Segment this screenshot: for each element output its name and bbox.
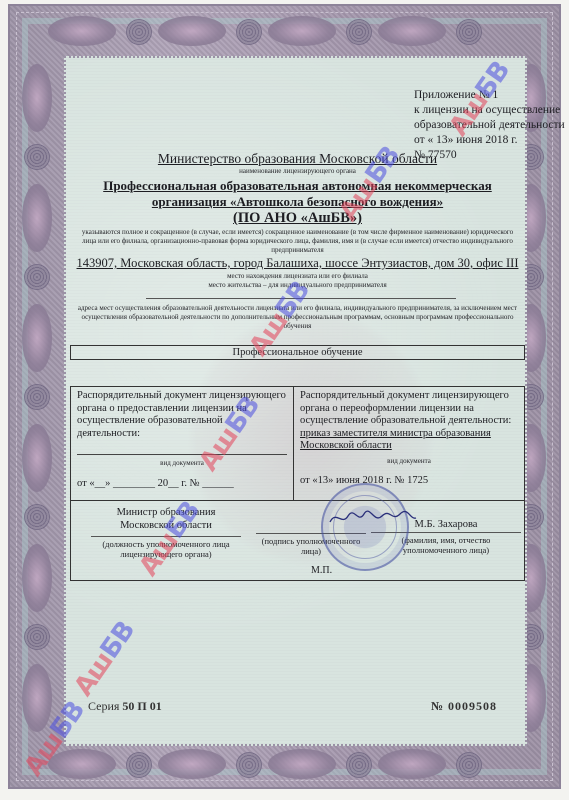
form-series: Серия 50 П 01 (88, 699, 162, 714)
ornament-icon (158, 749, 226, 779)
activity-places-caption: адреса мест осуществления образовательно… (66, 304, 529, 331)
ornament-icon (48, 749, 116, 779)
licensee-caption: указываются полное и сокращенное (в случ… (66, 228, 529, 255)
ornament-icon (22, 304, 52, 372)
document-body: Приложение № 1 к лицензии на осуществлен… (64, 56, 527, 746)
ornament-icon (268, 16, 336, 46)
rosette-icon (456, 19, 482, 45)
licensee-name-line: организация «Автошкола безопасного вожде… (66, 194, 529, 210)
grant-document-cell: Распорядительный документ лицензирующего… (71, 387, 294, 500)
rosette-icon (126, 752, 152, 778)
grant-document-title: Распорядительный документ лицензирующего… (77, 390, 287, 440)
program-field: Профессиональное обучение (70, 345, 525, 360)
form-number: № 0009508 (431, 699, 497, 714)
ornament-icon (22, 64, 52, 132)
licensee-name-line: Профессиональная образовательная автоном… (66, 178, 529, 194)
document-kind-caption: вид документа (77, 457, 287, 470)
licensee-address: 143907, Московская область, город Балаши… (66, 256, 529, 271)
appendix-number: Приложение № 1 (414, 88, 569, 103)
reissue-document-title: Распорядительный документ лицензирующего… (300, 390, 518, 428)
licensing-body-caption: наименование лицензирующего органа (66, 167, 529, 176)
reissue-document-kind: приказ заместителя министра образования … (300, 428, 518, 453)
rosette-icon (346, 19, 372, 45)
rosette-icon (24, 624, 50, 650)
license-date: от « 13» июня 2018 г. (414, 133, 569, 148)
rosette-icon (126, 19, 152, 45)
address-caption: место нахождения лицензиата или его фили… (66, 272, 529, 290)
signature-block: Министр образования Московской области (… (70, 501, 525, 581)
grant-document-kind (77, 442, 287, 455)
address-caption-line: место жительства – для индивидуального п… (66, 281, 529, 290)
ornament-icon (48, 16, 116, 46)
signatory-position: Министр образования Московской области (… (91, 507, 241, 559)
series-label: Серия (88, 699, 119, 713)
rosette-icon (24, 144, 50, 170)
rosette-icon (456, 752, 482, 778)
licensee-short-name: (ПО АНО «АшБВ») (66, 210, 529, 226)
grant-document-date: от «__» ________ 20__ г. № ______ (77, 478, 287, 491)
ornament-icon (158, 16, 226, 46)
handwritten-signature-icon (328, 508, 418, 528)
divider (91, 536, 241, 537)
document-kind-caption: вид документа (300, 455, 518, 468)
activity-places-blank (146, 298, 456, 299)
rosette-icon (24, 504, 50, 530)
licensee-name: Профессиональная образовательная автоном… (66, 178, 529, 226)
rosette-icon (24, 384, 50, 410)
series-value: 50 П 01 (122, 699, 161, 713)
signatory-position-caption: (должность уполномоченного лица лицензир… (91, 539, 241, 559)
rosette-icon (24, 264, 50, 290)
reissue-document-cell: Распорядительный документ лицензирующего… (294, 387, 524, 500)
rosette-icon (236, 19, 262, 45)
signatory-position-value: Министр образования Московской области (91, 507, 241, 532)
ornament-icon (22, 184, 52, 252)
rosette-icon (346, 752, 372, 778)
ornament-icon (378, 749, 446, 779)
ornament-icon (22, 544, 52, 612)
ornament-icon (378, 16, 446, 46)
ornament-icon (268, 749, 336, 779)
licensing-body: Министерство образования Московской обла… (66, 151, 529, 167)
ornament-icon (22, 664, 52, 732)
stamp-place-label: М.П. (311, 565, 332, 576)
administrative-documents-table: Распорядительный документ лицензирующего… (70, 386, 525, 501)
license-appendix-sheet: Приложение № 1 к лицензии на осуществлен… (8, 4, 561, 789)
appendix-line: к лицензии на осуществление (414, 103, 569, 118)
ornament-icon (22, 424, 52, 492)
reissue-document-date: от «13» июня 2018 г. № 1725 (300, 475, 518, 488)
rosette-icon (236, 752, 262, 778)
appendix-line: образовательной деятельности (414, 118, 569, 133)
address-caption-line: место нахождения лицензиата или его фили… (66, 272, 529, 281)
